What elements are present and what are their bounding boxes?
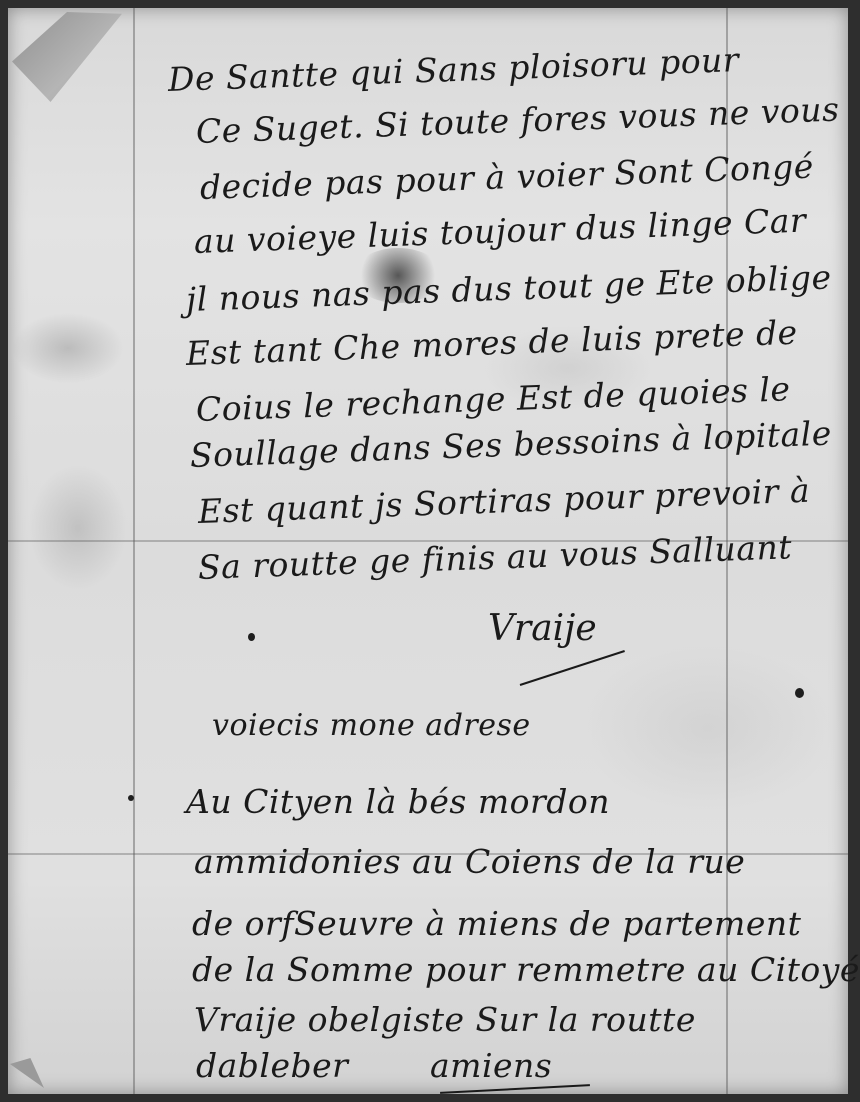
body-line: jl nous nas pas dus tout ge Ete oblige [185,257,832,319]
body-line: au voieye luis toujour dus linge Car [193,201,806,261]
city-name: amiens [430,1046,552,1085]
address-line: ammidonies au Coiens de la rue [194,842,745,881]
body-line: Ce Suget. Si toute fores vous ne vous [195,90,840,151]
photo-frame: De Santte qui Sans ploisoru pour Ce Suge… [0,0,860,1102]
address-intro: voiecis mone adrese [212,708,531,743]
address-line: Au Cityen là bés mordon [186,782,610,821]
body-line: Est quant js Sortiras pour prevoir à [197,471,810,531]
address-line: de la Somme pour remmetre au Citoyé [192,950,860,989]
signature-flourish [520,650,625,686]
body-line: decide pas pour à voier Sont Congé [199,147,814,207]
address-line: dableber [196,1046,348,1085]
city-underline [440,1084,590,1094]
letter-text: De Santte qui Sans ploisoru pour Ce Suge… [0,0,860,1102]
body-line: Sa routte ge finis au vous Salluant [197,527,792,587]
address-line: Vraije obelgiste Sur la routte [194,1000,696,1039]
signature: Vraije [488,608,597,649]
body-line: De Santte qui Sans ploisoru pour [167,40,739,99]
address-line: de orfSeuvre à miens de partement [192,904,801,943]
body-line: Est tant Che mores de luis prete de [185,313,798,373]
